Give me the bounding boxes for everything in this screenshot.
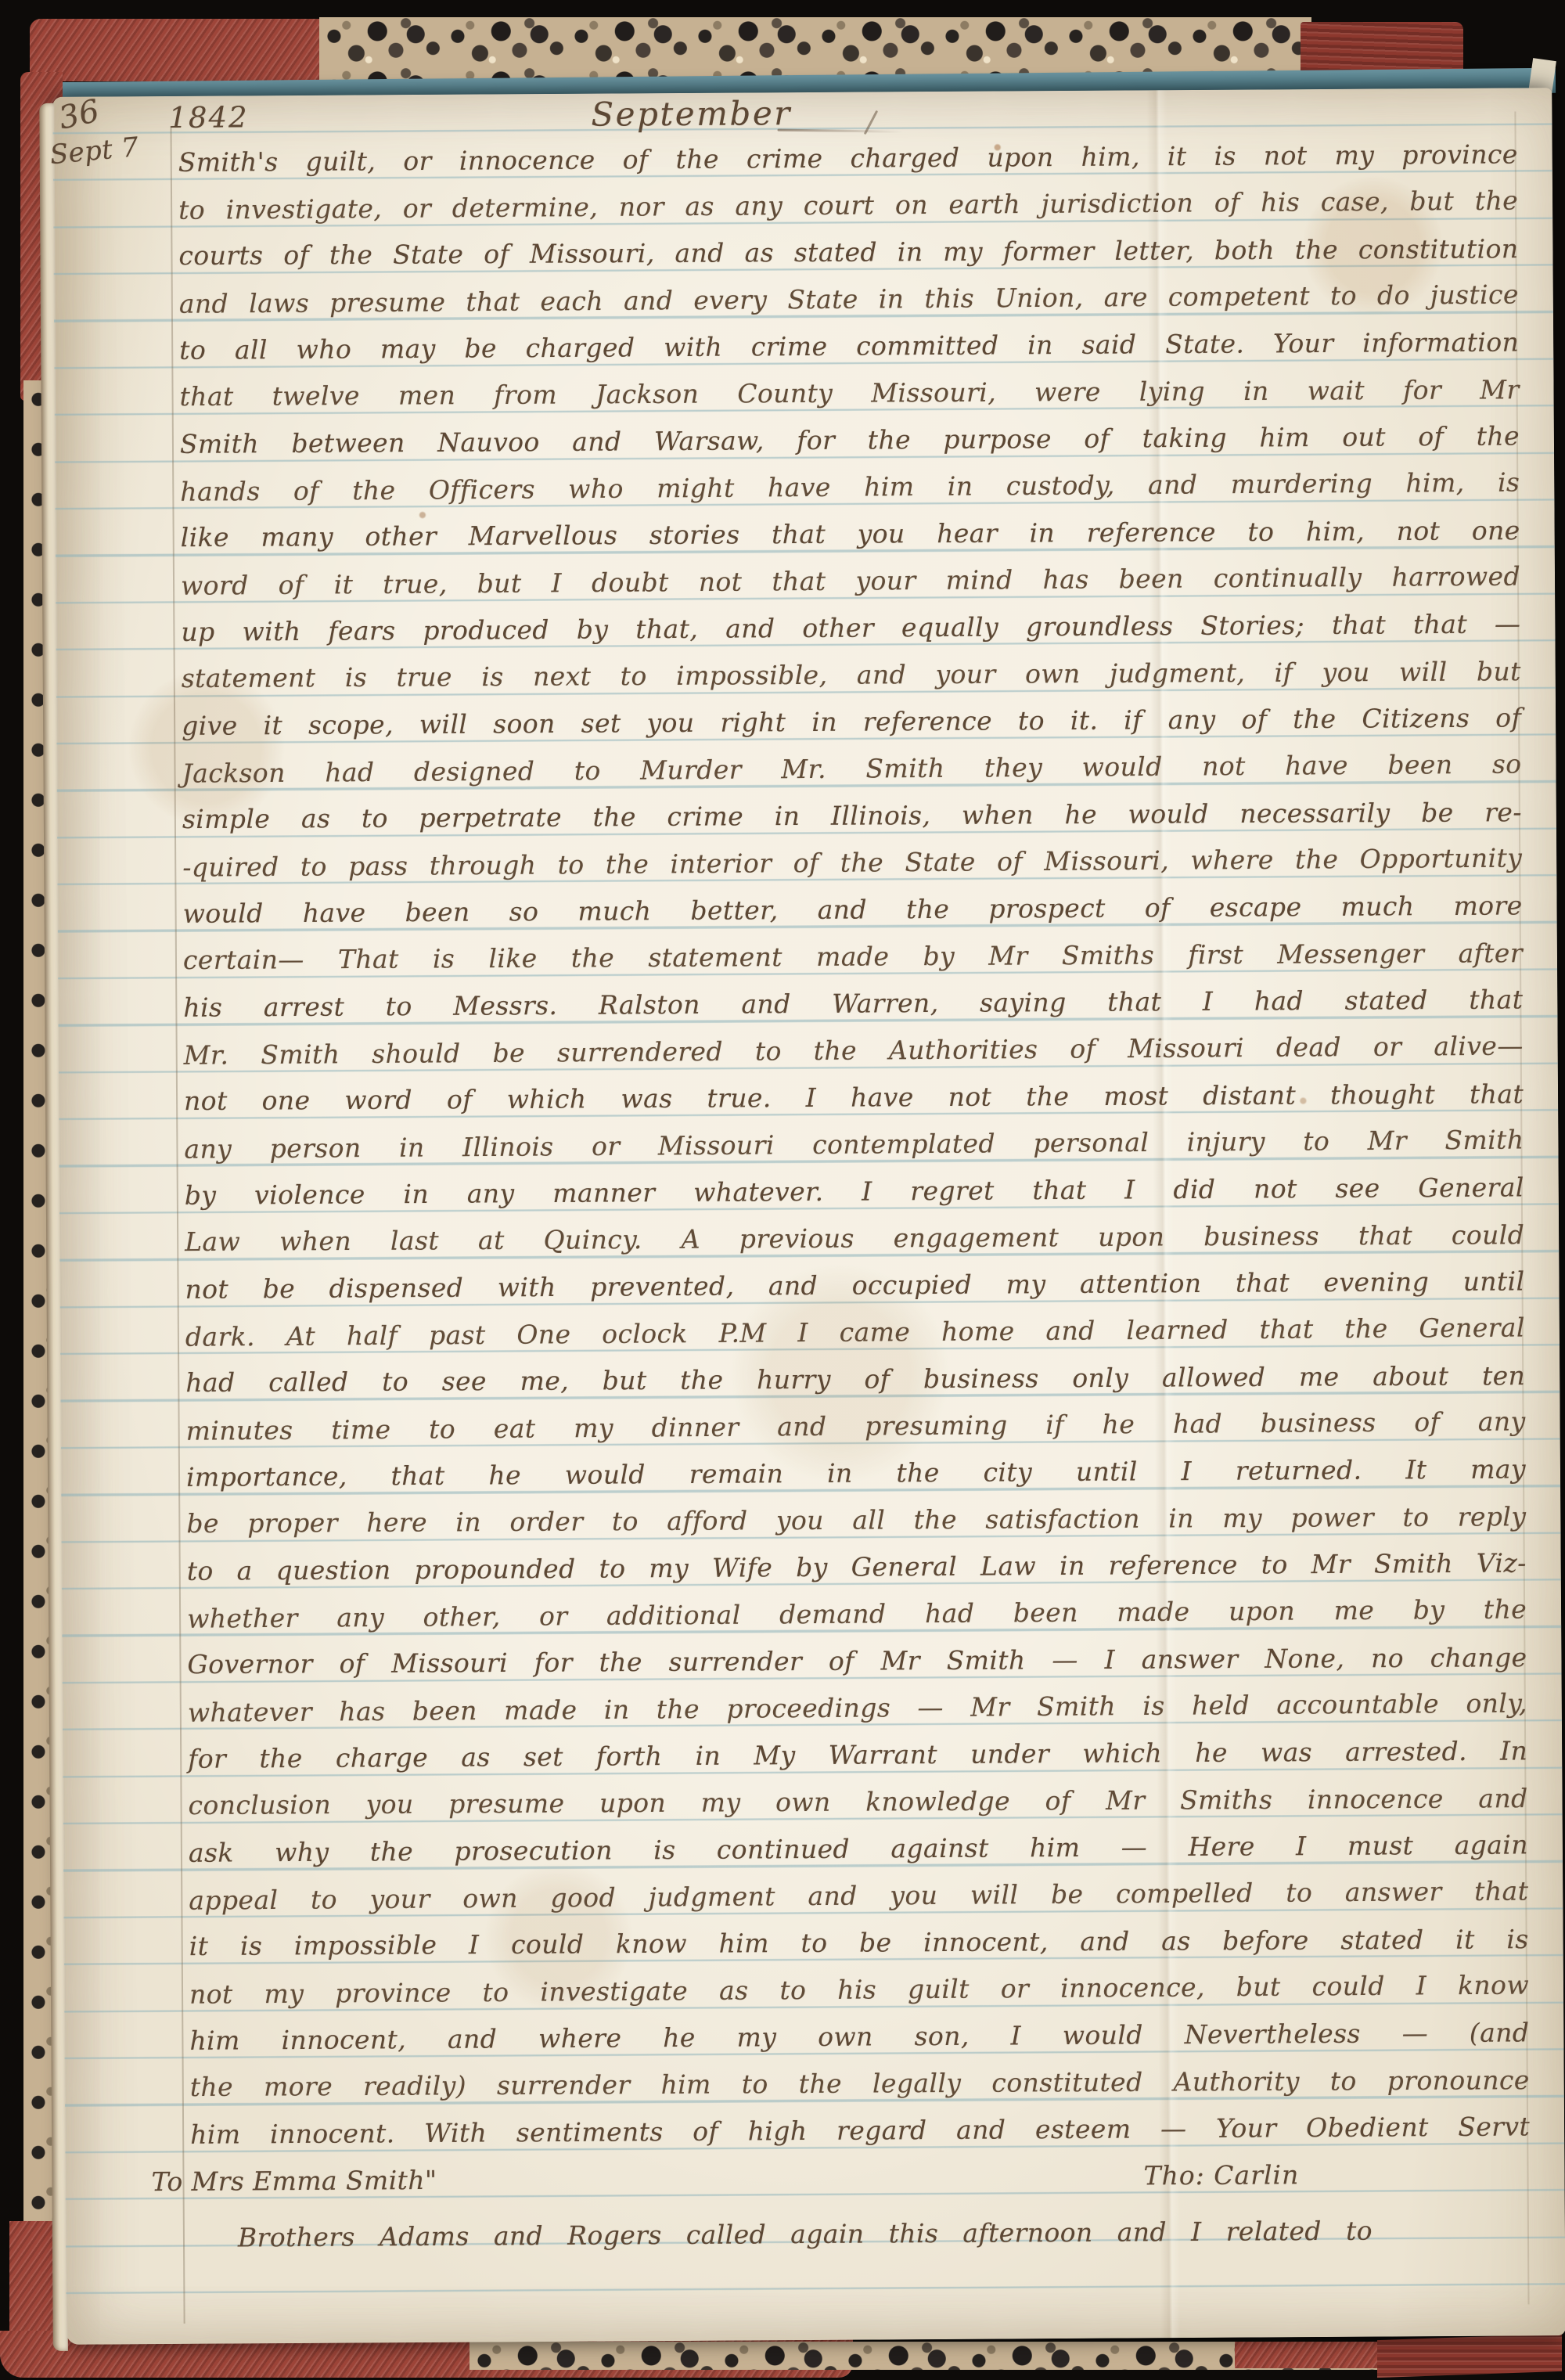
manuscript-line: it is impossible I could know him to be …	[189, 1916, 1529, 1970]
manuscript-line: dark. At half past One oclock P.M I came…	[185, 1305, 1525, 1361]
manuscript-line: whether any other, or additional demand …	[187, 1586, 1527, 1643]
manuscript-line: Law when last at Quincy. A previous enga…	[185, 1212, 1524, 1266]
manuscript-line: to a question propounded to my Wife by G…	[187, 1539, 1527, 1594]
manuscript-line: would have been so much better, and the …	[182, 882, 1522, 937]
manuscript-line: appeal to your own good judgment and you…	[189, 1868, 1528, 1925]
manuscript-line: whatever has been made in the proceeding…	[188, 1680, 1527, 1737]
manuscript-line: the more readily) surrender him to the l…	[190, 2057, 1530, 2111]
book-cover-bottom-right-leather	[1377, 2334, 1562, 2378]
month-heading: September	[591, 94, 792, 134]
manuscript-line: give it scope, will soon set you right i…	[182, 694, 1521, 749]
manuscript-line: Mr. Smith should be surrendered to the A…	[184, 1023, 1524, 1079]
book-cover-top-leather	[30, 19, 346, 81]
bottom-leather-patch	[1235, 2342, 1388, 2368]
manuscript-line: simple as to perpetrate the crime in Ill…	[182, 789, 1522, 843]
manuscript-line: not be dispensed with prevented, and occ…	[185, 1258, 1524, 1312]
manuscript-line: his arrest to Messrs. Ralston and Warren…	[183, 976, 1523, 1031]
manuscript-line: ask why the prosecution is continued aga…	[189, 1821, 1528, 1876]
manuscript-line: by violence in any manner whatever. I re…	[185, 1164, 1524, 1219]
closing-entry-line: Brothers Adams and Rogers called again t…	[238, 2208, 1373, 2262]
manuscript-line: word of it true, but I doubt not that yo…	[181, 553, 1520, 610]
manuscript-line: hands of the Officers who might have him…	[180, 459, 1520, 516]
manuscript-line: any person in Illinois or Missouri conte…	[184, 1117, 1524, 1173]
manuscript-line: and laws presume that each and every Sta…	[179, 272, 1519, 328]
manuscript-line: him innocent. With sentiments of high re…	[190, 2103, 1530, 2158]
manuscript-line: Governor of Missouri for the surrender o…	[187, 1634, 1527, 1688]
manuscript-line: minutes time to eat my dinner and presum…	[185, 1399, 1525, 1455]
manuscript-line: up with fears produced by that, and othe…	[181, 600, 1520, 655]
journal-page: 36 1842 September Sept 7 Smith's guilt, …	[52, 88, 1565, 2345]
manuscript-line: like many other Marvellous stories that …	[181, 507, 1520, 561]
manuscript-line: to investigate, or determine, nor as any…	[178, 178, 1518, 234]
manuscript-line: to all who may be charged with crime com…	[179, 319, 1519, 373]
manuscript-line: importance, that he would remain in the …	[186, 1446, 1526, 1500]
manuscript-line: -quired to pass through to the interior …	[182, 835, 1522, 891]
manuscript-line: that twelve men from Jackson County Miss…	[179, 366, 1519, 420]
signature-row: To Mrs Emma Smith" Tho: Carlin	[151, 2150, 1530, 2205]
year-heading: 1842	[168, 100, 248, 135]
manuscript-line: had called to see me, but the hurry of b…	[185, 1352, 1525, 1406]
manuscript-line: for the charge as set forth in My Warran…	[188, 1727, 1527, 1782]
scanned-journal-page: 36 1842 September Sept 7 Smith's guilt, …	[0, 0, 1565, 2380]
manuscript-line: Smith between Nauvoo and Warsaw, for the…	[180, 412, 1520, 467]
manuscript-line: certain— That is like the statement made…	[183, 930, 1523, 984]
letter-lines: Smith's guilt, or innocence of the crime…	[178, 131, 1531, 2299]
manuscript-line: Smith's guilt, or innocence of the crime…	[178, 131, 1518, 185]
manuscript-line: him innocent, and where he my own son, I…	[189, 2009, 1529, 2064]
manuscript-line: not my province to investigate as to his…	[189, 1962, 1529, 2018]
marbled-endpaper-top-strip	[319, 17, 1311, 80]
manuscript-line: not one word of which was true. I have n…	[184, 1071, 1524, 1125]
letter-signature: Tho: Carlin	[1143, 2151, 1299, 2199]
manuscript-line: Jackson had designed to Murder Mr. Smith…	[182, 741, 1521, 798]
letter-addressee: To Mrs Emma Smith"	[151, 2157, 437, 2205]
manuscript-line: be proper here in order to afford you al…	[186, 1493, 1526, 1547]
manuscript-line: statement is true is next to impossible,…	[182, 648, 1521, 702]
manuscript-line: courts of the State of Missouri, and as …	[178, 225, 1518, 279]
manuscript-line: conclusion you presume upon my own knowl…	[188, 1775, 1527, 1829]
